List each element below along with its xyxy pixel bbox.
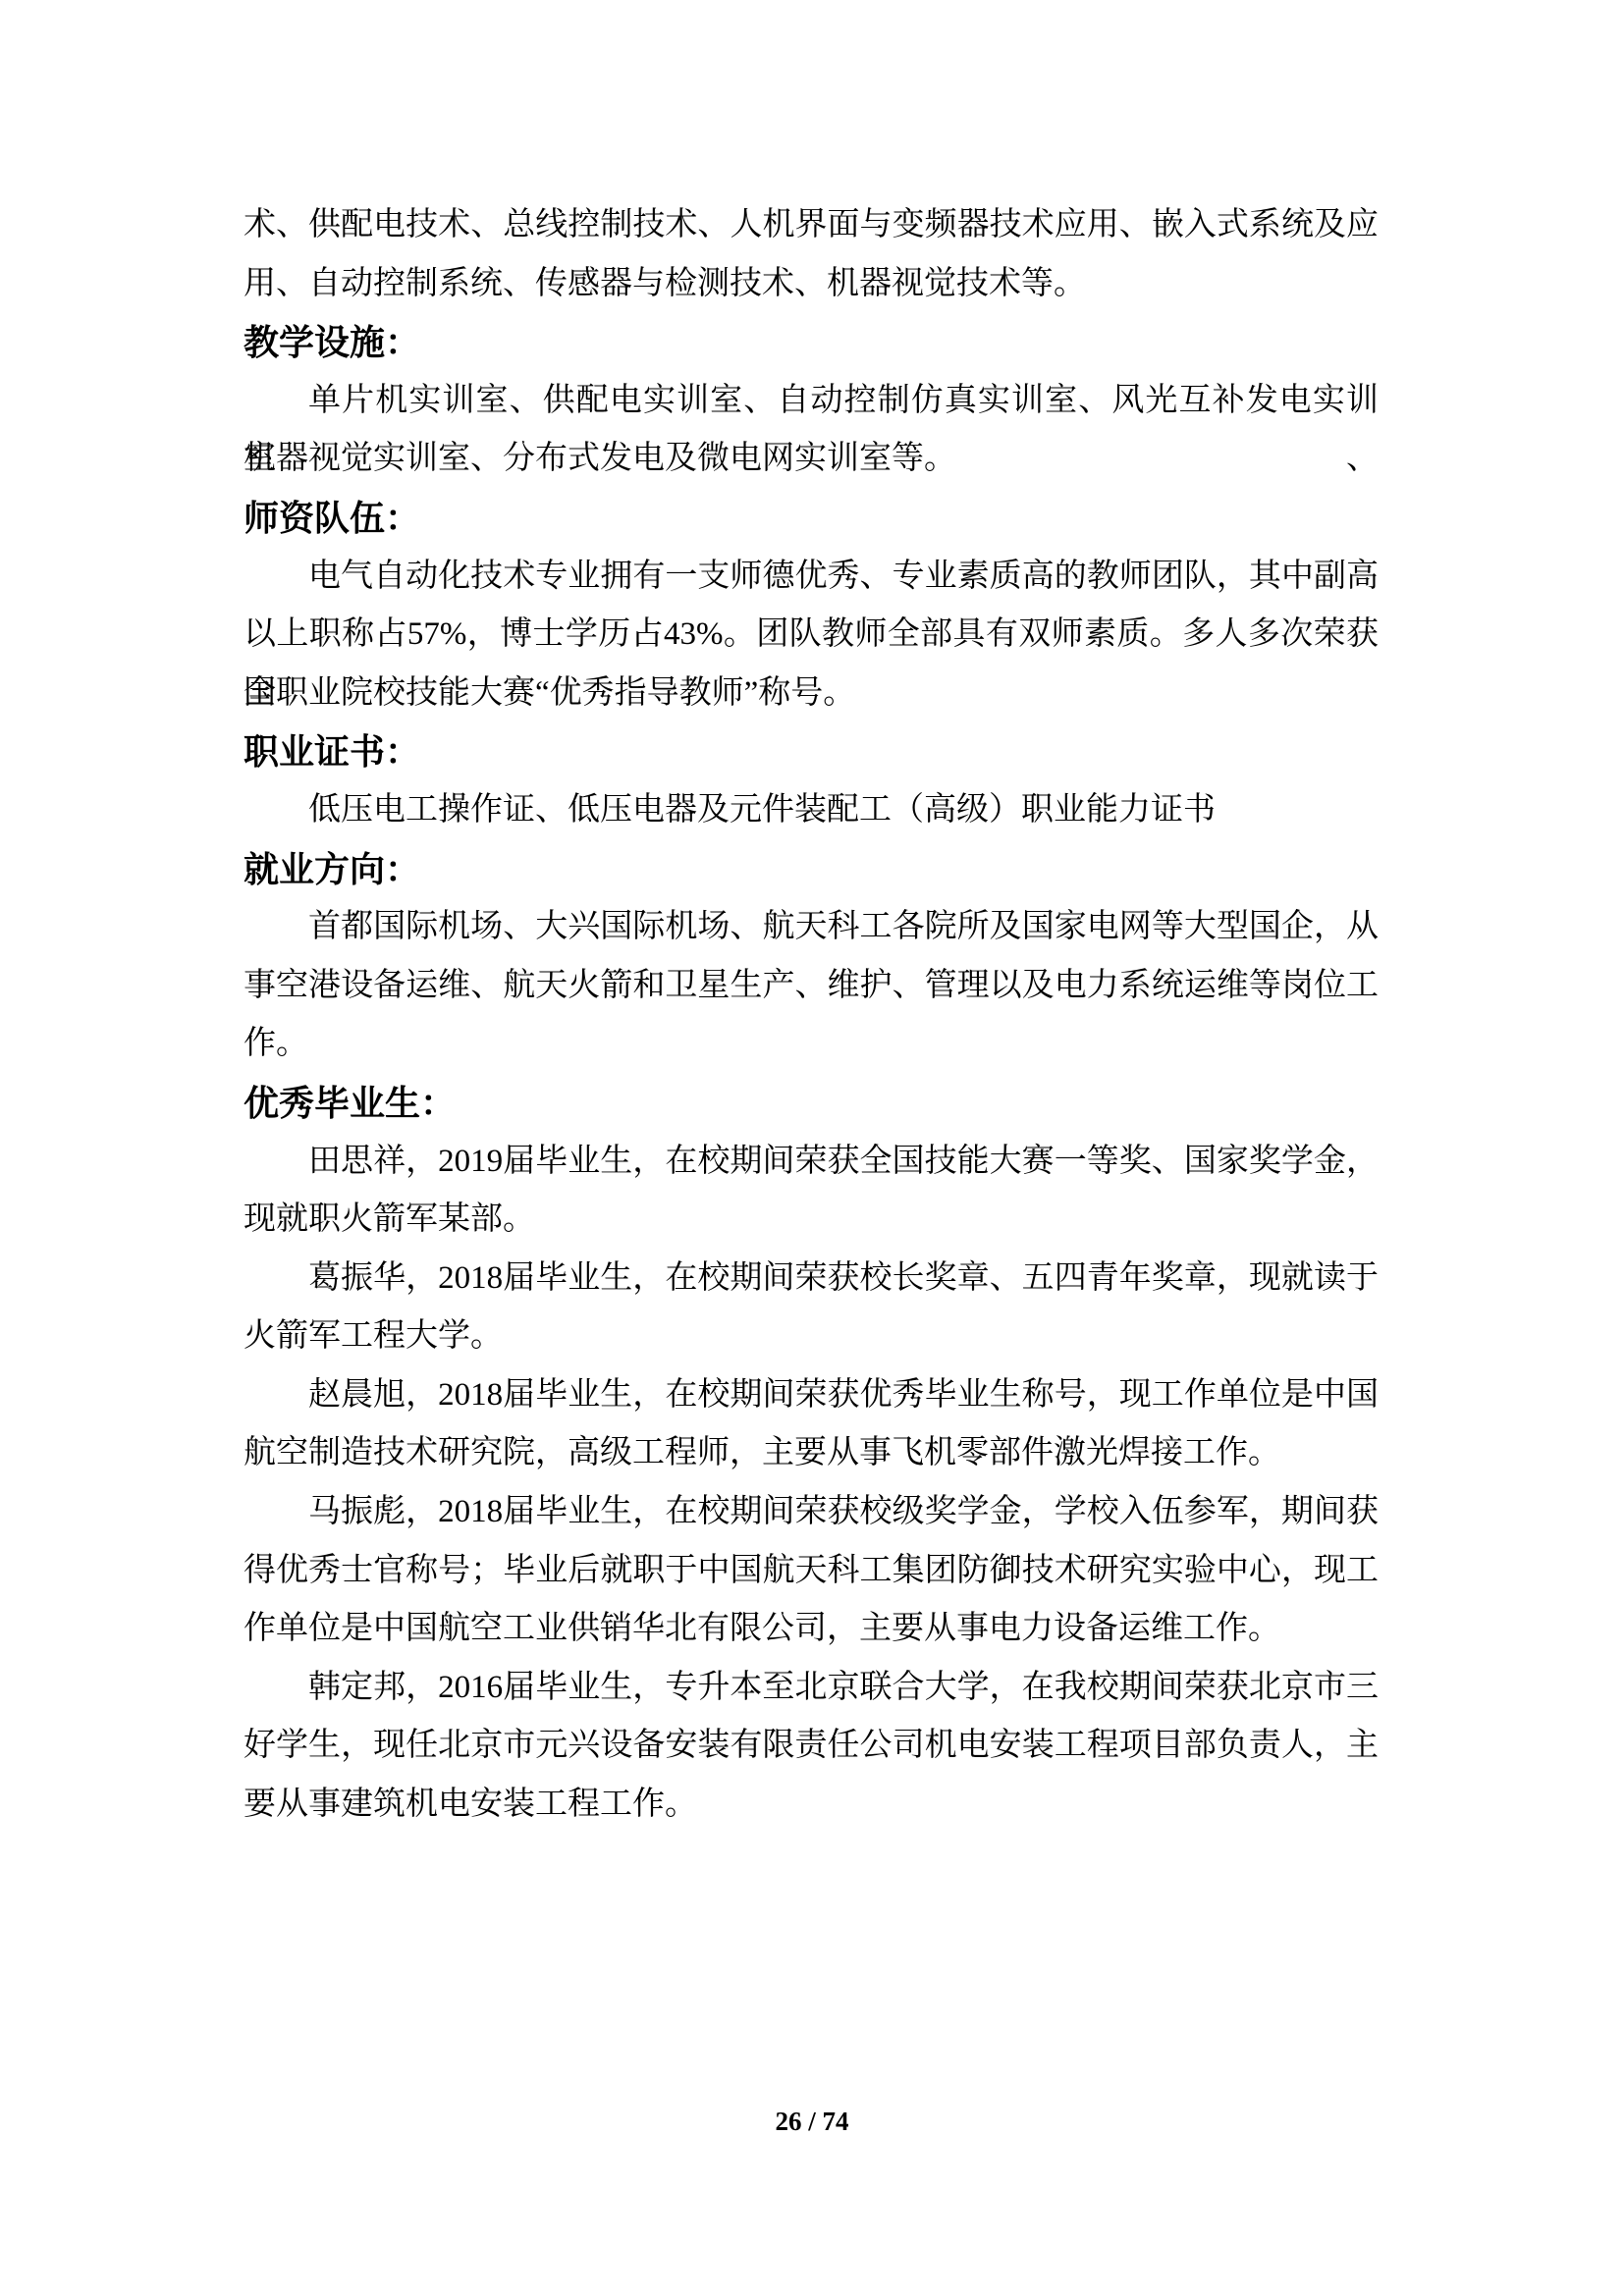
text-line: 以上职称占57%，博士学历占43%。团队教师全部具有双师素质。多人多次荣获全 bbox=[244, 606, 1379, 665]
text-line: 现就职火箭军某部。 bbox=[244, 1191, 1379, 1250]
section-heading: 优秀毕业生： bbox=[244, 1074, 1379, 1133]
section-heading: 就业方向： bbox=[244, 840, 1379, 899]
text-line: 事空港设备运维、航天火箭和卫星生产、维护、管理以及电力系统运维等岗位工 bbox=[244, 957, 1379, 1016]
text-line: 用、自动控制系统、传感器与检测技术、机器视觉技术等。 bbox=[244, 255, 1379, 314]
text-line: 田思祥，2019届毕业生，在校期间荣获全国技能大赛一等奖、国家奖学金， bbox=[244, 1133, 1379, 1192]
text-line: 好学生，现任北京市元兴设备安装有限责任公司机电安装工程项目部负责人，主 bbox=[244, 1717, 1379, 1776]
text-line: 国职业院校技能大赛“优秀指导教师”称号。 bbox=[244, 665, 1379, 723]
text-line: 马振彪，2018届毕业生，在校期间荣获校级奖学金，学校入伍参军，期间获 bbox=[244, 1483, 1379, 1542]
text-line: 作。 bbox=[244, 1015, 1379, 1074]
page-number: 26 / 74 bbox=[775, 2107, 848, 2136]
text-line: 要从事建筑机电安装工程工作。 bbox=[244, 1776, 1379, 1835]
text-line: 葛振华，2018届毕业生，在校期间荣获校长奖章、五四青年奖章，现就读于 bbox=[244, 1250, 1379, 1308]
text-line: 术、供配电技术、总线控制技术、人机界面与变频器技术应用、嵌入式系统及应 bbox=[244, 196, 1379, 255]
section-heading: 职业证书： bbox=[244, 722, 1379, 781]
section-heading: 教学设施： bbox=[244, 313, 1379, 372]
text-line: 首都国际机场、大兴国际机场、航天科工各院所及国家电网等大型国企，从 bbox=[244, 898, 1379, 957]
text-line: 火箭军工程大学。 bbox=[244, 1308, 1379, 1366]
text-line: 作单位是中国航空工业供销华北有限公司，主要从事电力设备运维工作。 bbox=[244, 1600, 1379, 1659]
text-line: 得优秀士官称号；毕业后就职于中国航天科工集团防御技术研究实验中心，现工 bbox=[244, 1542, 1379, 1601]
text-line: 单片机实训室、供配电实训室、自动控制仿真实训室、风光互补发电实训室、 bbox=[244, 372, 1379, 431]
document-page: 术、供配电技术、总线控制技术、人机界面与变频器技术应用、嵌入式系统及应用、自动控… bbox=[0, 0, 1624, 2296]
text-line: 电气自动化技术专业拥有一支师德优秀、专业素质高的教师团队，其中副高 bbox=[244, 548, 1379, 607]
text-line: 低压电工操作证、低压电器及元件装配工（高级）职业能力证书 bbox=[244, 781, 1379, 840]
section-heading: 师资队伍： bbox=[244, 489, 1379, 548]
text-line: 韩定邦，2016届毕业生，专升本至北京联合大学，在我校期间荣获北京市三 bbox=[244, 1659, 1379, 1718]
text-line: 赵晨旭，2018届毕业生，在校期间荣获优秀毕业生称号，现工作单位是中国 bbox=[244, 1366, 1379, 1425]
page-footer: 26 / 74 bbox=[0, 2107, 1624, 2137]
text-content: 术、供配电技术、总线控制技术、人机界面与变频器技术应用、嵌入式系统及应用、自动控… bbox=[244, 196, 1379, 1835]
text-line: 航空制造技术研究院，高级工程师，主要从事飞机零部件激光焊接工作。 bbox=[244, 1424, 1379, 1483]
